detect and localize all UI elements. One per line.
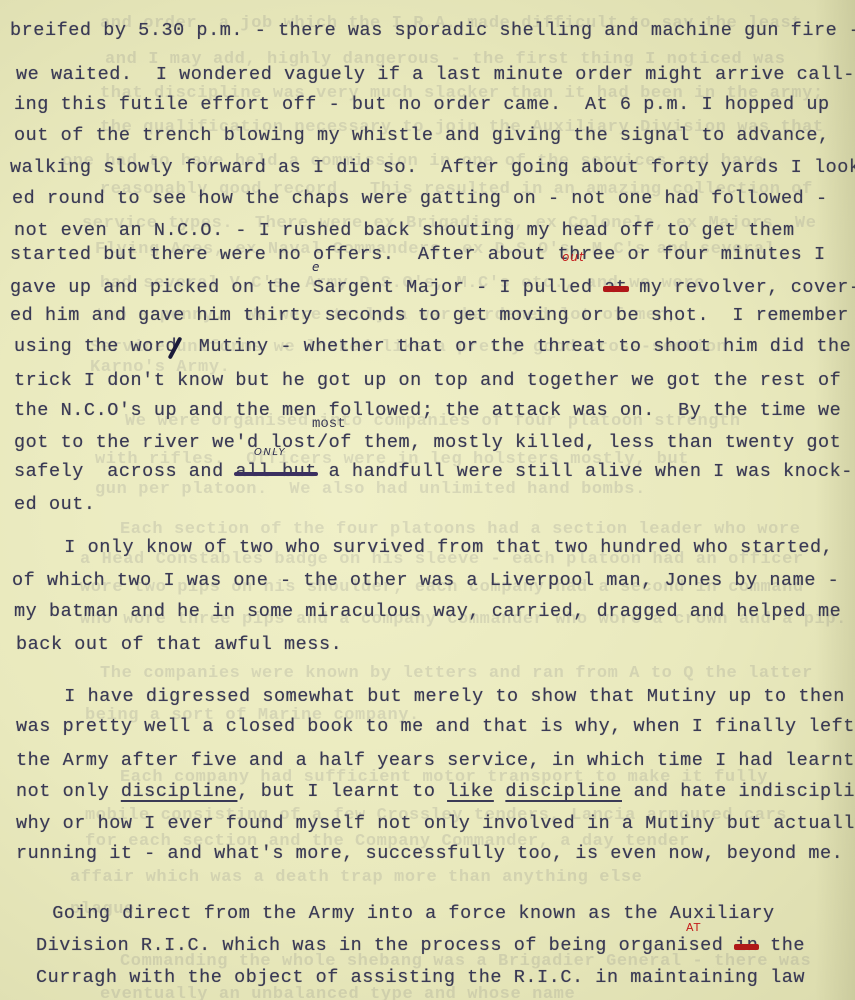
text-line: Going direct from the Army into a force … (0, 903, 775, 924)
show-through-line: gun per platoon. We also had unlimited h… (95, 480, 646, 499)
text-line: why or how I ever found myself not only … (16, 813, 855, 834)
text-line: was pretty well a closed book to me and … (16, 716, 855, 737)
underlined-word: discipline (505, 781, 622, 802)
text-line: breifed by 5.30 p.m. - there was sporadi… (10, 20, 855, 41)
handwritten-correction-at: AT (686, 921, 701, 934)
text-line: we waited. I wondered vaguely if a last … (16, 64, 855, 85)
text-line: the N.C.O's up and the men followed; the… (14, 400, 841, 421)
text-line-corrected: gave up and picked on the Sargent Major … (10, 277, 855, 298)
text-line: ing this futile effort off - but no orde… (14, 94, 830, 115)
show-through-line: The companies were known by letters and … (100, 664, 813, 683)
struck-words: all but (235, 461, 317, 482)
document-page: and order, a job which the I.R.A. made d… (0, 0, 855, 1000)
text-line-corrected: got to the river we'd lost/of them, most… (14, 432, 841, 453)
text-line: not even an N.C.O. - I rushed back shout… (14, 220, 795, 241)
handwritten-correction-out: out (562, 250, 585, 264)
text-line: started but there were no offers. After … (10, 244, 826, 265)
text-line: trick I don't know but he got up on top … (14, 370, 841, 391)
show-through-line: affair which was a death trap more than … (70, 868, 643, 887)
struck-word: in (735, 935, 758, 956)
corrected-letter: a (325, 277, 337, 298)
text-line-corrected: safely across and all but a handfull wer… (14, 461, 853, 482)
text-line: my batman and he in some miraculous way,… (14, 601, 841, 622)
text-line: ed him and gave him thirty seconds to ge… (10, 305, 849, 326)
struck-word: at (604, 277, 627, 298)
inserted-word-most: most (312, 416, 346, 432)
text-line: running it - and what's more, successful… (16, 843, 843, 864)
text-line: of which two I was one - the other was a… (12, 570, 839, 591)
text-line-corrected: using the word Mutiny - whether that or … (14, 336, 851, 357)
text-line: walking slowly forward as I did so. Afte… (10, 157, 855, 178)
handwritten-correction-only: ONLY (254, 447, 286, 458)
text-line: ed out. (14, 494, 96, 515)
handwritten-correction-e: e (312, 260, 321, 274)
text-line-corrected: Division R.I.C. which was in the process… (36, 935, 805, 956)
underlined-word: like (447, 781, 494, 802)
page-edge-shadow (815, 0, 855, 1000)
text-line: I have digressed somewhat but merely to … (6, 686, 845, 707)
text-line: the Army after five and a half years ser… (16, 750, 855, 771)
text-line: out of the trench blowing my whistle and… (14, 125, 830, 146)
text-line: back out of that awful mess. (16, 634, 342, 655)
text-line: Curragh with the object of assisting the… (36, 967, 805, 988)
underlined-word: discipline (121, 781, 238, 802)
text-line: I only know of two who survived from tha… (6, 537, 833, 558)
text-line-underlined: not only discipline, but I learnt to lik… (16, 781, 855, 802)
text-line: ed round to see how the chaps were gatti… (12, 188, 828, 209)
